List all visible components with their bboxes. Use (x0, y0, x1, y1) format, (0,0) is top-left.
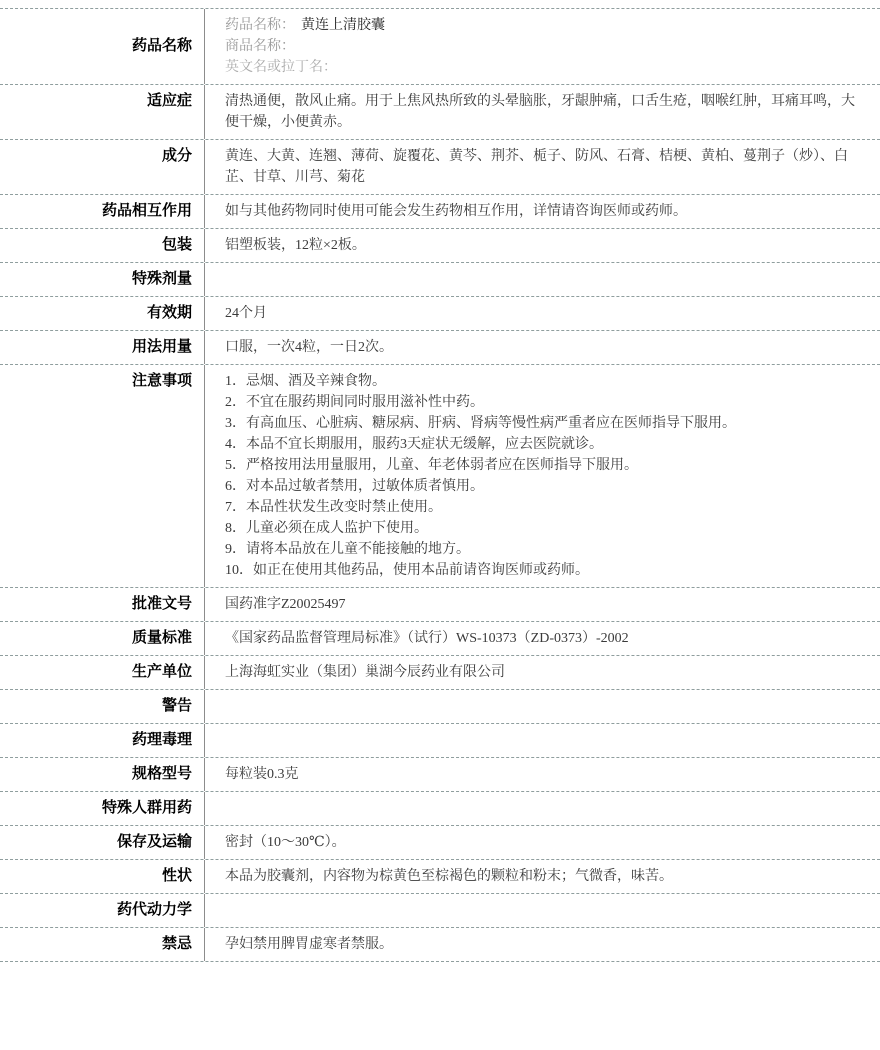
row-value-cell: 本品为胶囊剂，内容物为棕黄色至棕褐色的颗粒和粉末；气微香，味苦。 (205, 860, 880, 893)
table-row: 禁忌孕妇禁用脾胃虚寒者禁服。 (0, 927, 880, 961)
drug-info-table: 药品名称药品名称：黄连上清胶囊商品名称：英文名或拉丁名：适应症清热通便，散风止痛… (0, 8, 880, 962)
row-value-cell (205, 724, 880, 757)
row-value-cell: 孕妇禁用脾胃虚寒者禁服。 (205, 928, 880, 961)
row-value-cell: 国药准字Z20025497 (205, 588, 880, 621)
table-row: 药理毒理 (0, 723, 880, 757)
row-value: 24个月 (225, 303, 856, 324)
row-label-cell: 生产单位 (0, 656, 205, 689)
row-value: 孕妇禁用脾胃虚寒者禁服。 (225, 934, 856, 955)
table-row: 用法用量口服，一次4粒，一日2次。 (0, 330, 880, 364)
table-row: 药品相互作用如与其他药物同时使用可能会发生药物相互作用，详情请咨询医师或药师。 (0, 194, 880, 228)
row-label: 用法用量 (132, 337, 192, 358)
row-label: 药品名称 (132, 36, 192, 57)
row-value-cell: 1．忌烟、酒及辛辣食物。2．不宜在服药期间同时服用滋补性中药。3．有高血压、心脏… (205, 365, 880, 587)
row-label: 特殊人群用药 (102, 798, 192, 819)
table-row: 有效期24个月 (0, 296, 880, 330)
row-value: 清热通便，散风止痛。用于上焦风热所致的头晕脑胀，牙龈肿痛，口舌生疮，咽喉红肿，耳… (225, 91, 856, 133)
row-value-cell (205, 792, 880, 825)
row-label-cell: 药品名称 (0, 9, 205, 84)
row-value-cell: 每粒装0.3克 (205, 758, 880, 791)
precaution-item: 7．本品性状发生改变时禁止使用。 (225, 497, 856, 518)
row-label: 警告 (162, 696, 192, 717)
row-value-cell: 清热通便，散风止痛。用于上焦风热所致的头晕脑胀，牙龈肿痛，口舌生疮，咽喉红肿，耳… (205, 85, 880, 139)
row-label-cell: 注意事项 (0, 365, 205, 587)
row-value: 本品为胶囊剂，内容物为棕黄色至棕褐色的颗粒和粉末；气微香，味苦。 (225, 866, 856, 887)
table-row: 药品名称药品名称：黄连上清胶囊商品名称：英文名或拉丁名： (0, 9, 880, 84)
row-label: 包装 (162, 235, 192, 256)
row-label-cell: 药代动力学 (0, 894, 205, 927)
row-label-cell: 药品相互作用 (0, 195, 205, 228)
row-label-cell: 有效期 (0, 297, 205, 330)
row-label: 质量标准 (132, 628, 192, 649)
row-value: 黄连、大黄、连翘、薄荷、旋覆花、黄芩、荆芥、栀子、防风、石膏、桔梗、黄柏、蔓荆子… (225, 146, 856, 188)
row-label-cell: 适应症 (0, 85, 205, 139)
table-row: 生产单位上海海虹实业（集团）巢湖今辰药业有限公司 (0, 655, 880, 689)
drug-name-field-label: 药品名称： (225, 18, 295, 33)
table-row: 质量标准《国家药品监督管理局标准》（试行）WS-10373（ZD-0373）-2… (0, 621, 880, 655)
row-label-cell: 质量标准 (0, 622, 205, 655)
row-label-cell: 成分 (0, 140, 205, 194)
row-value: 铝塑板装，12粒×2板。 (225, 235, 856, 256)
row-label: 规格型号 (132, 764, 192, 785)
precaution-item: 10．如正在使用其他药品，使用本品前请咨询医师或药师。 (225, 560, 856, 581)
row-value-cell: 《国家药品监督管理局标准》（试行）WS-10373（ZD-0373）-2002 (205, 622, 880, 655)
row-value-cell (205, 894, 880, 927)
row-label-cell: 包装 (0, 229, 205, 262)
row-value-cell: 铝塑板装，12粒×2板。 (205, 229, 880, 262)
row-label-cell: 保存及运输 (0, 826, 205, 859)
row-label: 药理毒理 (132, 730, 192, 751)
row-value-cell (205, 690, 880, 723)
precaution-item: 4．本品不宜长期服用，服药3天症状无缓解，应去医院就诊。 (225, 434, 856, 455)
row-value-cell: 黄连、大黄、连翘、薄荷、旋覆花、黄芩、荆芥、栀子、防风、石膏、桔梗、黄柏、蔓荆子… (205, 140, 880, 194)
drug-name-line: 商品名称： (225, 36, 856, 57)
drug-name-line: 药品名称：黄连上清胶囊 (225, 15, 856, 36)
row-value-cell: 上海海虹实业（集团）巢湖今辰药业有限公司 (205, 656, 880, 689)
drug-name-field-value: 黄连上清胶囊 (301, 18, 385, 33)
row-label: 特殊剂量 (132, 269, 192, 290)
row-label-cell: 批准文号 (0, 588, 205, 621)
table-row: 包装铝塑板装，12粒×2板。 (0, 228, 880, 262)
row-label: 药品相互作用 (102, 201, 192, 222)
precaution-item: 9．请将本品放在儿童不能接触的地方。 (225, 539, 856, 560)
row-label: 性状 (162, 866, 192, 887)
table-row: 性状本品为胶囊剂，内容物为棕黄色至棕褐色的颗粒和粉末；气微香，味苦。 (0, 859, 880, 893)
row-label-cell: 性状 (0, 860, 205, 893)
table-row: 药代动力学 (0, 893, 880, 927)
precaution-item: 5．严格按用法用量服用，儿童、年老体弱者应在医师指导下服用。 (225, 455, 856, 476)
drug-name-field-label: 商品名称： (225, 39, 295, 54)
row-value-cell: 口服，一次4粒，一日2次。 (205, 331, 880, 364)
precaution-item: 1．忌烟、酒及辛辣食物。 (225, 371, 856, 392)
row-value-cell (205, 263, 880, 296)
row-label-cell: 禁忌 (0, 928, 205, 961)
row-value: 国药准字Z20025497 (225, 594, 856, 615)
table-row: 适应症清热通便，散风止痛。用于上焦风热所致的头晕脑胀，牙龈肿痛，口舌生疮，咽喉红… (0, 84, 880, 139)
row-label: 有效期 (147, 303, 192, 324)
row-value-cell: 24个月 (205, 297, 880, 330)
row-label-cell: 警告 (0, 690, 205, 723)
table-row: 特殊剂量 (0, 262, 880, 296)
row-value (225, 696, 856, 717)
row-value (225, 730, 856, 751)
row-label-cell: 特殊剂量 (0, 263, 205, 296)
row-value: 如与其他药物同时使用可能会发生药物相互作用，详情请咨询医师或药师。 (225, 201, 856, 222)
row-label-cell: 用法用量 (0, 331, 205, 364)
row-label: 药代动力学 (117, 900, 192, 921)
precaution-item: 2．不宜在服药期间同时服用滋补性中药。 (225, 392, 856, 413)
row-label: 保存及运输 (117, 832, 192, 853)
table-row: 注意事项1．忌烟、酒及辛辣食物。2．不宜在服药期间同时服用滋补性中药。3．有高血… (0, 364, 880, 587)
drug-name-field-label: 英文名或拉丁名： (225, 60, 337, 75)
precaution-item: 6．对本品过敏者禁用，过敏体质者慎用。 (225, 476, 856, 497)
table-row: 成分黄连、大黄、连翘、薄荷、旋覆花、黄芩、荆芥、栀子、防风、石膏、桔梗、黄柏、蔓… (0, 139, 880, 194)
table-row: 规格型号每粒装0.3克 (0, 757, 880, 791)
table-row: 保存及运输密封（10～30℃）。 (0, 825, 880, 859)
table-row: 警告 (0, 689, 880, 723)
row-label-cell: 特殊人群用药 (0, 792, 205, 825)
precaution-item: 8．儿童必须在成人监护下使用。 (225, 518, 856, 539)
drug-name-line: 英文名或拉丁名： (225, 57, 856, 78)
row-value (225, 269, 856, 290)
precaution-item: 3．有高血压、心脏病、糖尿病、肝病、肾病等慢性病严重者应在医师指导下服用。 (225, 413, 856, 434)
row-label: 适应症 (147, 91, 192, 112)
row-label: 注意事项 (132, 371, 192, 392)
row-value: 每粒装0.3克 (225, 764, 856, 785)
row-label-cell: 药理毒理 (0, 724, 205, 757)
row-label: 批准文号 (132, 594, 192, 615)
row-value (225, 798, 856, 819)
row-value (225, 900, 856, 921)
row-value-cell: 密封（10～30℃）。 (205, 826, 880, 859)
row-label: 成分 (162, 146, 192, 167)
table-row: 批准文号国药准字Z20025497 (0, 587, 880, 621)
table-row: 特殊人群用药 (0, 791, 880, 825)
row-label: 生产单位 (132, 662, 192, 683)
row-value-cell: 如与其他药物同时使用可能会发生药物相互作用，详情请咨询医师或药师。 (205, 195, 880, 228)
row-value: 《国家药品监督管理局标准》（试行）WS-10373（ZD-0373）-2002 (225, 628, 856, 649)
row-label-cell: 规格型号 (0, 758, 205, 791)
row-label: 禁忌 (162, 934, 192, 955)
row-value: 上海海虹实业（集团）巢湖今辰药业有限公司 (225, 662, 856, 683)
row-value: 口服，一次4粒，一日2次。 (225, 337, 856, 358)
row-value: 密封（10～30℃）。 (225, 832, 856, 853)
row-value-cell: 药品名称：黄连上清胶囊商品名称：英文名或拉丁名： (205, 9, 880, 84)
